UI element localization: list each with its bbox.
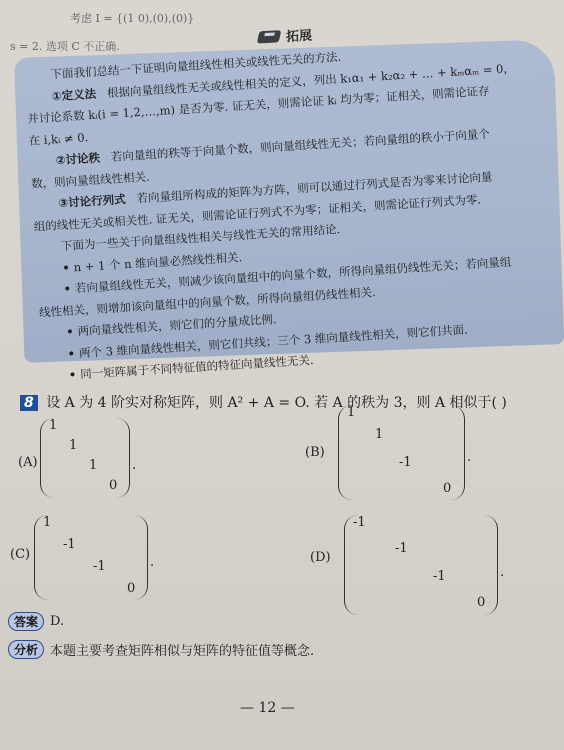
method-1-label: ①定义法: [51, 86, 96, 103]
option-d-matrix: -1 -1 -1 0: [344, 515, 498, 615]
matrix-entry: -1: [399, 455, 412, 470]
analysis-text: 本题主要考查矩阵相似与矩阵的特征值等概念.: [50, 640, 314, 659]
matrix-entry: -1: [63, 537, 76, 552]
answer-row: 答案 D.: [8, 612, 64, 631]
option-a-label: (A): [18, 455, 38, 470]
matrix-entry: 0: [109, 478, 117, 493]
option-b-matrix: 1 1 -1 0: [338, 405, 465, 500]
matrix-entry: 0: [127, 581, 135, 596]
option-a-matrix: 1 1 1 0: [40, 418, 130, 498]
option-d-label: (D): [310, 550, 331, 565]
extension-title: 拓展: [286, 25, 313, 45]
textbook-page: 考虑 I = {(1 0),(0),(0)} s = 2. 选项 C 不正确. …: [0, 0, 564, 750]
answer-text: D.: [50, 614, 64, 629]
answer-tag: 答案: [8, 612, 44, 631]
method-2-label: ②讨论秩: [55, 151, 100, 168]
option-c-label: (C): [10, 547, 30, 562]
option-b-label: (B): [305, 445, 325, 460]
matrix-entry: 1: [375, 427, 383, 442]
matrix-entry: 1: [49, 418, 57, 433]
matrix-entry: 1: [89, 458, 97, 473]
question-number-badge: 8: [20, 395, 38, 411]
analysis-tag: 分析: [8, 640, 44, 659]
period: .: [132, 458, 136, 473]
option-c-matrix: 1 -1 -1 0: [34, 515, 148, 600]
page-number: — 12 —: [240, 700, 295, 716]
previous-content-line: 考虑 I = {(1 0),(0),(0)}: [70, 10, 194, 26]
period: .: [150, 555, 154, 570]
matrix-entry: -1: [433, 569, 446, 584]
analysis-row: 分析 本题主要考查矩阵相似与矩阵的特征值等概念.: [8, 640, 314, 659]
extension-header: 拓展: [258, 25, 313, 47]
book-icon: [257, 30, 282, 43]
extension-body: 下面我们总结一下证明向量组线性相关或线性无关的方法. ①定义法 根据向量组线性无…: [24, 33, 564, 388]
matrix-entry: -1: [353, 515, 366, 530]
matrix-entry: 1: [43, 515, 51, 530]
matrix-entry: 1: [69, 438, 77, 453]
matrix-entry: 0: [477, 595, 485, 610]
matrix-entry: 0: [443, 481, 451, 496]
method-3-label: ③讨论行列式: [58, 192, 126, 210]
period: .: [467, 450, 471, 465]
previous-content-line: s = 2. 选项 C 不正确.: [10, 38, 120, 54]
matrix-entry: 1: [347, 405, 355, 420]
matrix-entry: -1: [93, 559, 106, 574]
matrix-entry: -1: [395, 541, 408, 556]
period: .: [500, 565, 504, 580]
